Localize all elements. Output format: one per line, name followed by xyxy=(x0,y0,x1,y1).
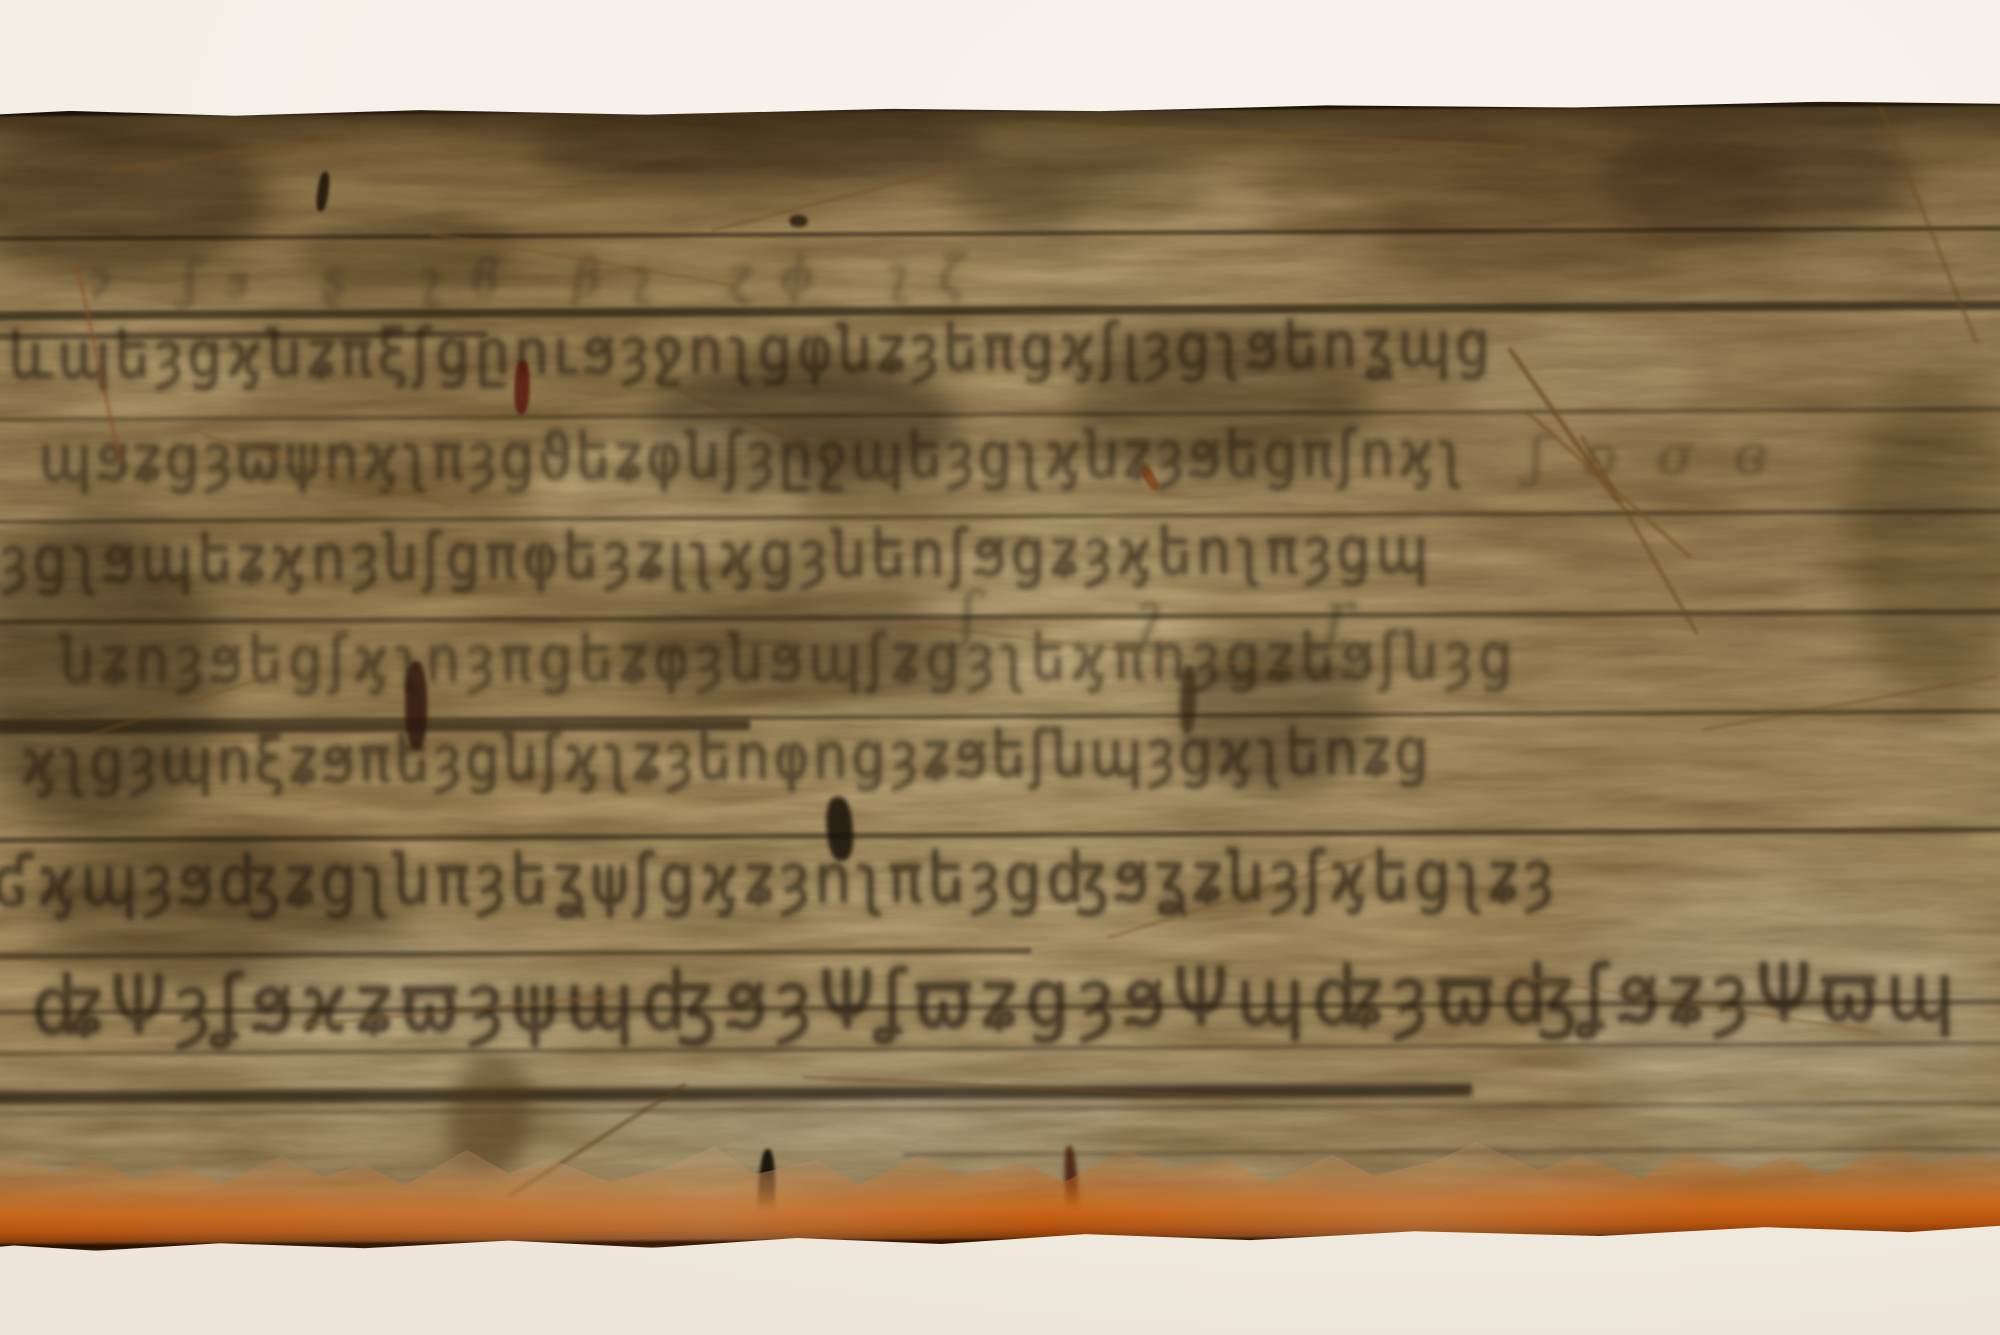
script-row: ʛϗպȝϧʤʑցʅնπȝեʓψʃցϗʑȝոʅπեȝցʤϧʓʑնȝʃϗեցʅʑȝ xyxy=(0,834,2000,922)
script-row: ϗʅցȝպոξʑϧπեȝցնʃϗʅʑȝեոφոցȝʑϧեʃնպȝցϗʅեոʑց xyxy=(0,709,2000,800)
photo-backdrop: ɂ ʃϧ ȿ ʅϐ βʅ ɀϕ ʅζևպեȝցϗնʑπξʃցըուϧȝջոʅցφ… xyxy=(0,0,2000,1335)
ink-blot xyxy=(514,360,531,414)
ink-blot xyxy=(790,215,808,227)
script-row: նʑոȝϧեցʃϗʅոȝπցեʑφȝնϧպʃʑցȝʅեϗπոȝցʑեϧʃնȝց xyxy=(0,617,2000,697)
ink-blot xyxy=(405,661,427,749)
stain-smudge xyxy=(1597,111,1918,243)
manuscript-leaf: ɂ ʃϧ ȿ ʅϐ βʅ ɀϕ ʅζևպեȝցϗնʑπξʃցըուϧȝջոʅցφ… xyxy=(0,101,2000,1252)
script-row: ʥΨȝʆϧϰʑϖȝψպʤϧȝΨʆϖʑցȝϧΨպʥȝϖʤʆϧʑȝΨϖպ xyxy=(0,944,2000,1054)
stain-smudge xyxy=(527,110,987,192)
script-row: ևպեȝցϗնʑπξʃցըուϧȝջոʅցφնʑȝեπցϗʃլȝցʅϧեոʓպց xyxy=(0,302,2000,394)
ink-blot xyxy=(315,171,331,212)
top-edge-line xyxy=(0,101,2000,117)
